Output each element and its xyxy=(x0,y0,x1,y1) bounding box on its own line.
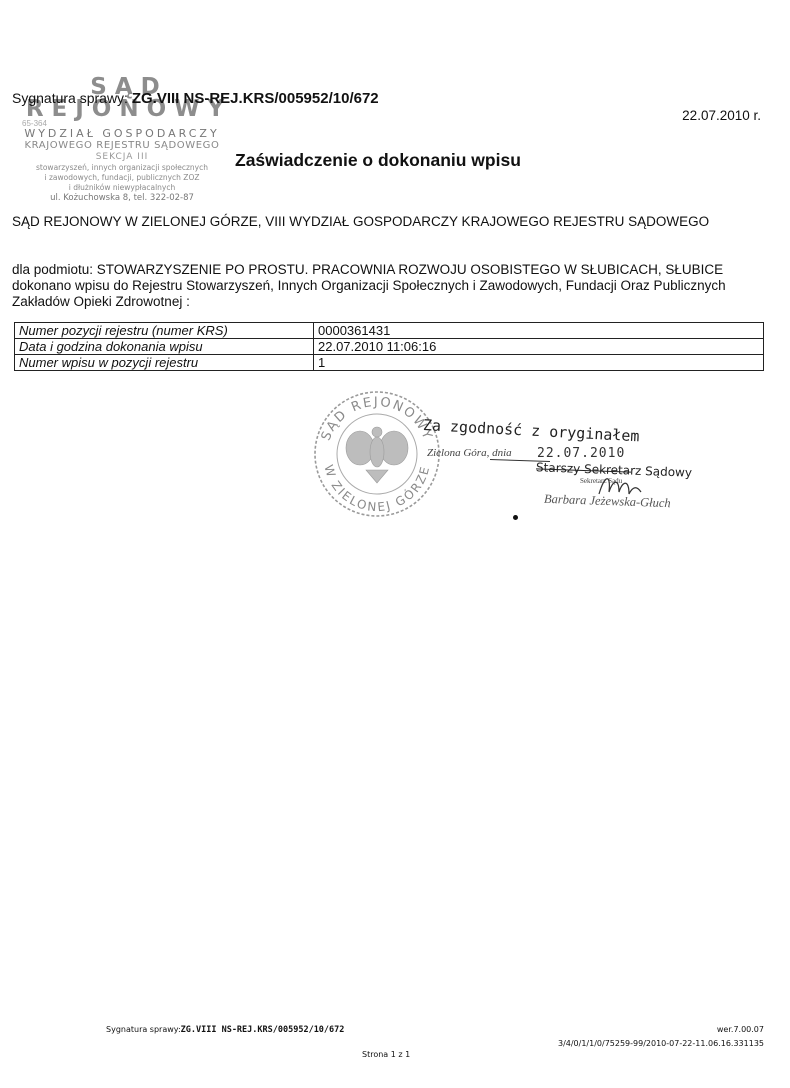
case-signature-label: Sygnatura sprawy: xyxy=(12,90,128,106)
certification-date: 22.07.2010 xyxy=(537,446,625,461)
footer-version: wer.7.00.07 xyxy=(717,1025,764,1034)
stamp-line4: stowarzyszeń, innych organizacji społecz… xyxy=(8,163,236,173)
row-value: 0000361431 xyxy=(314,323,764,339)
document-title: Zaświadczenie o dokonaniu wpisu xyxy=(235,150,521,171)
stamp-line2: KRAJOWEGO REJESTRU SĄDOWEGO xyxy=(8,140,236,152)
stamp-line5: i zawodowych, fundacji, publicznych ZOZ xyxy=(8,173,236,183)
stamp-line1: WYDZIAŁ GOSPODARCZY xyxy=(8,128,236,140)
table-row: Numer wpisu w pozycji rejestru 1 xyxy=(15,355,764,371)
row-label: Numer pozycji rejestru (numer KRS) xyxy=(15,323,314,339)
certification-place: Zielona Góra, dnia xyxy=(427,447,512,459)
document-date: 22.07.2010 r. xyxy=(682,108,761,123)
stamp-line3: SEKCJA III xyxy=(8,152,236,163)
stamp-address: ul. Kożuchowska 8, tel. 322-02-87 xyxy=(8,193,236,204)
row-value: 22.07.2010 11:06:16 xyxy=(314,339,764,355)
footer-case-label: Sygnatura sprawy: xyxy=(106,1025,181,1034)
footer-document-id: 3/4/0/1/1/0/75259-99/2010-07-22-11.06.16… xyxy=(558,1039,764,1048)
case-signature-value: ZG.VIII NS-REJ.KRS/005952/10/672 xyxy=(132,90,379,107)
table-row: Numer pozycji rejestru (numer KRS) 00003… xyxy=(15,323,764,339)
footer-page-number: Strona 1 z 1 xyxy=(362,1050,410,1059)
certifier-name: Barbara Jeżewska-Głuch xyxy=(544,492,671,511)
stamp-line6: i dłużników niewypłacalnych xyxy=(8,183,236,193)
ink-dot xyxy=(513,515,518,520)
certification-heading: Za zgodność z oryginałem xyxy=(423,416,640,445)
registry-table: Numer pozycji rejestru (numer KRS) 00003… xyxy=(14,322,764,371)
table-row: Data i godzina dokonania wpisu 22.07.201… xyxy=(15,339,764,355)
footer-case-number: ZG.VIII NS-REJ.KRS/005952/10/672 xyxy=(181,1025,345,1035)
row-label: Numer wpisu w pozycji rejestru xyxy=(15,355,314,371)
subject-description: dla podmiotu: STOWARZYSZENIE PO PROSTU. … xyxy=(12,262,732,310)
footer-case-signature: Sygnatura sprawy:ZG.VIII NS-REJ.KRS/0059… xyxy=(106,1025,344,1035)
case-signature: Sygnatura sprawy: ZG.VIII NS-REJ.KRS/005… xyxy=(12,90,379,107)
eagle-seal-icon: SĄD REJONOWY W ZIELONEJ GÓRZE xyxy=(310,388,444,518)
row-label: Data i godzina dokonania wpisu xyxy=(15,339,314,355)
court-seal: SĄD REJONOWY W ZIELONEJ GÓRZE xyxy=(310,388,444,518)
row-value: 1 xyxy=(314,355,764,371)
court-name: SĄD REJONOWY W ZIELONEJ GÓRZE, VIII WYDZ… xyxy=(12,214,712,230)
